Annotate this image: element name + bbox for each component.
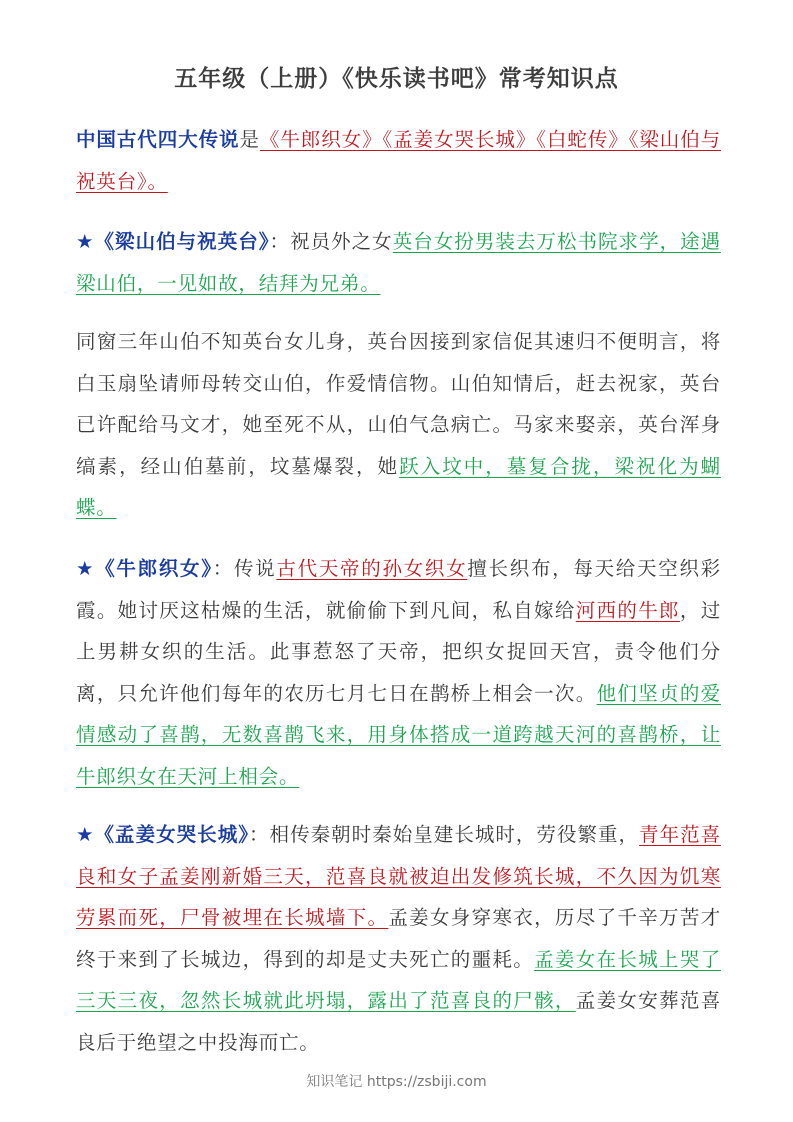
heading-colon: ：: [249, 823, 270, 846]
body-text: 祝员外之女: [290, 230, 393, 253]
mengjiang-section: ★《孟姜女哭长城》：相传秦朝时秦始皇建长城时，劳役繁重，青年范喜良和女子孟姜刚新…: [76, 814, 721, 1063]
body-text: 相传秦朝时秦始皇建长城时，劳役繁重，: [270, 823, 640, 846]
body-text: 传说: [234, 557, 276, 580]
section-heading-mengjiang: 《孟姜女哭长城》: [95, 823, 250, 846]
intro-paragraph: 中国古代四大传说是《牛郎织女》《孟姜女哭长城》《白蛇传》《梁山伯与祝英台》。: [76, 119, 721, 202]
highlight-red: 古代天帝的孙女织女: [276, 557, 467, 580]
footer-watermark: 知识笔记 https://zsbiji.com: [0, 1071, 793, 1091]
highlight-red: 河西的牛郎: [576, 599, 680, 622]
intro-connector: 是: [239, 128, 259, 151]
niulang-section: ★《牛郎织女》：传说古代天帝的孙女织女擅长织布，每天给天空织彩霞。她讨厌这枯燥的…: [76, 548, 721, 797]
page-title: 五年级（上册）《快乐读书吧》常考知识点: [0, 60, 793, 93]
heading-colon: ：: [270, 230, 291, 253]
star-icon: ★: [76, 823, 95, 846]
intro-label: 中国古代四大传说: [76, 128, 239, 151]
liang-zhu-body: 同窗三年山伯不知英台女儿身，英台因接到家信促其速归不便明言，将白玉扇坠请师母转交…: [76, 321, 721, 529]
star-icon: ★: [76, 557, 95, 580]
star-icon: ★: [76, 230, 95, 253]
liang-zhu-section: ★《梁山伯与祝英台》：祝员外之女英台女扮男装去万松书院求学，途遇梁山伯，一见如故…: [76, 221, 721, 304]
section-heading-niulang: 《牛郎织女》: [95, 557, 213, 580]
heading-colon: ：: [213, 557, 234, 580]
section-heading-liang-zhu: 《梁山伯与祝英台》: [95, 230, 270, 253]
